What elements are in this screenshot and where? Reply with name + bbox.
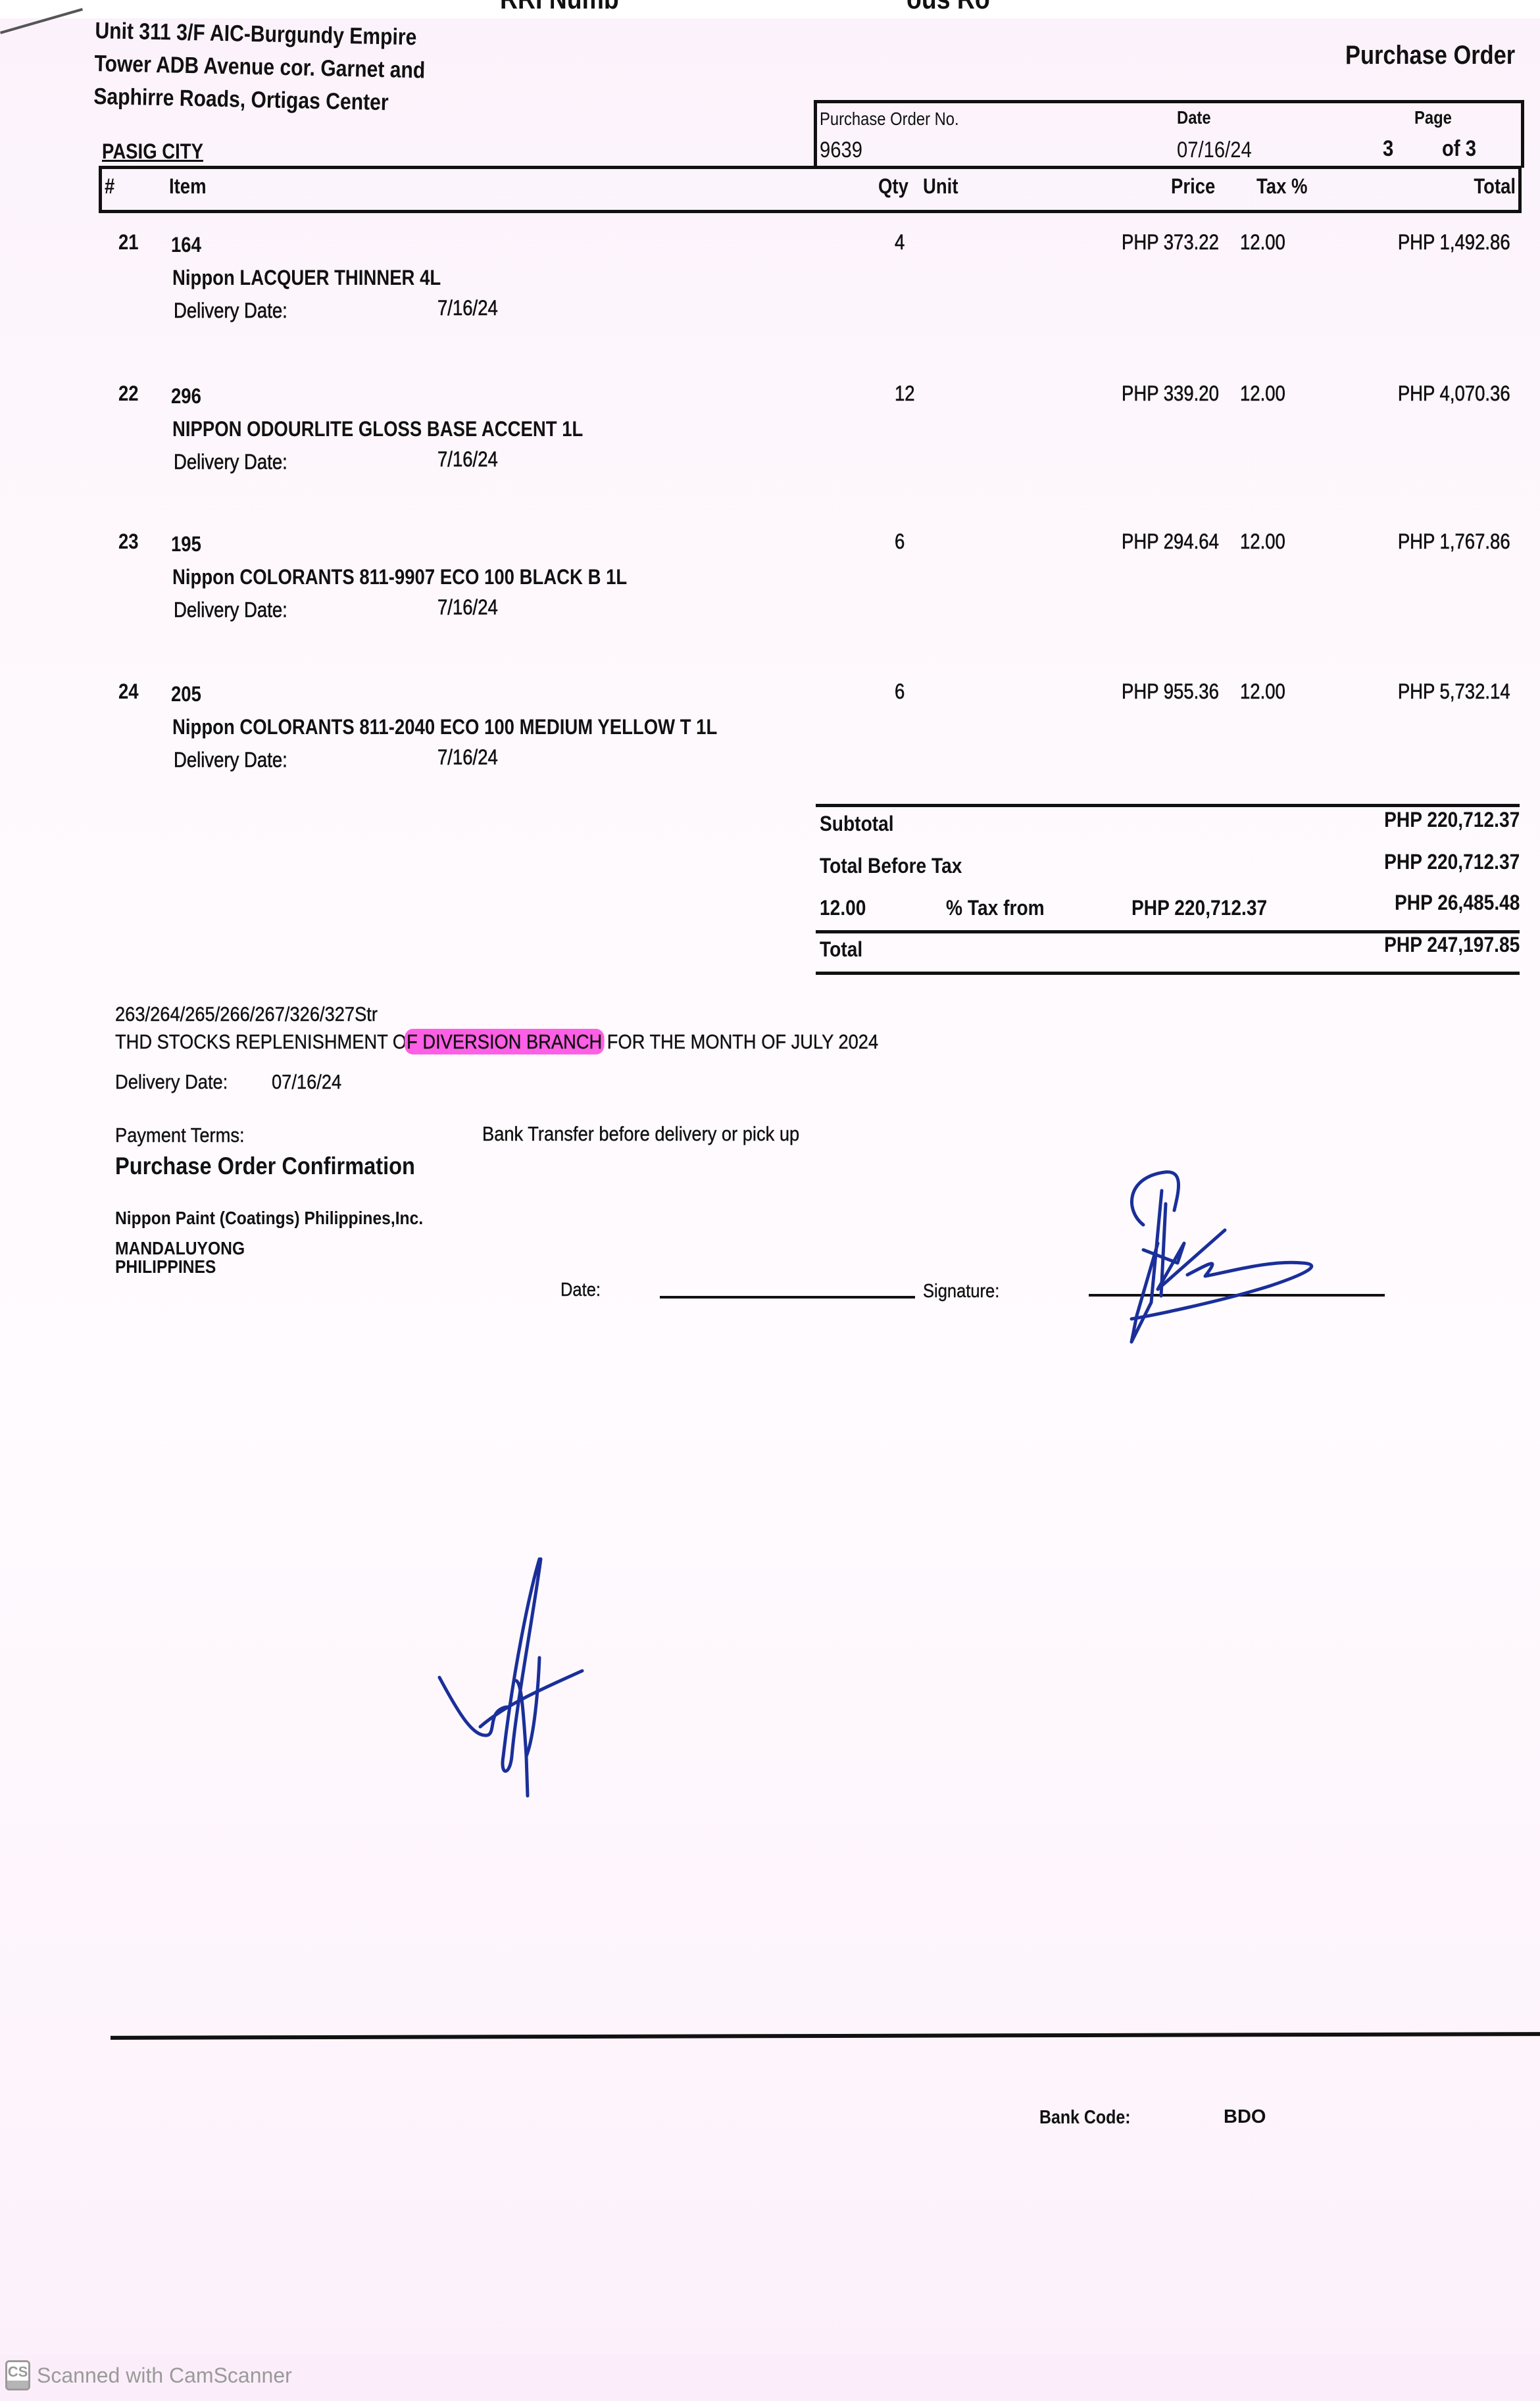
document-title: Purchase Order <box>1345 41 1515 70</box>
memo-line: THD STOCKS REPLENISHMENT OF DIVERSION BR… <box>115 1030 878 1054</box>
item-number: 24 <box>118 680 139 704</box>
item-tax: 12.00 <box>1240 382 1285 406</box>
vendor-name: Nippon Paint (Coatings) Philippines,Inc. <box>115 1208 423 1229</box>
scanned-page: RRI Numb ous Ro Unit 311 3/F AIC-Burgund… <box>0 0 1540 2355</box>
tax-from-label: % Tax from <box>946 896 1045 920</box>
before-tax-label: Total Before Tax <box>820 854 962 878</box>
subtotal-label: Subtotal <box>820 812 894 836</box>
remarks-delivery-label: Delivery Date: <box>115 1070 228 1094</box>
line-item-row: 23195Nippon COLORANTS 811-9907 ECO 100 B… <box>0 530 1540 661</box>
item-number: 22 <box>118 382 139 406</box>
col-item: Item <box>169 174 207 199</box>
ghost-text <box>141 845 146 868</box>
signature-ink <box>1131 1172 1312 1342</box>
po-header-box: Purchase Order No. 9639 Date 07/16/24 Pa… <box>814 100 1524 168</box>
item-total: PHP 5,732.14 <box>1398 680 1510 704</box>
item-code: 205 <box>171 682 201 706</box>
totals-top-rule <box>816 804 1520 807</box>
signoff-date-label: Date: <box>560 1279 601 1301</box>
payment-terms-value: Bank Transfer before delivery or pick up <box>482 1122 799 1146</box>
item-total: PHP 1,767.86 <box>1398 530 1510 554</box>
item-code: 164 <box>171 233 201 257</box>
item-delivery-label: Delivery Date: <box>174 299 287 323</box>
item-total: PHP 1,492.86 <box>1398 230 1510 255</box>
item-delivery-label: Delivery Date: <box>174 598 287 622</box>
item-description: Nippon LACQUER THINNER 4L <box>172 266 441 290</box>
item-tax: 12.00 <box>1240 230 1285 255</box>
item-price: PHP 339.20 <box>1122 382 1219 406</box>
address-line-3: Saphirre Roads, Ortigas Center <box>93 80 425 120</box>
item-qty: 4 <box>895 230 905 255</box>
tax-amount: PHP 26,485.48 <box>1395 891 1520 915</box>
item-price: PHP 373.22 <box>1122 230 1219 255</box>
footer-rule <box>111 2032 1540 2040</box>
memo-prefix: THD STOCKS REPLENISHMENT O <box>115 1030 407 1053</box>
cutoff-text-left: RRI Numb <box>500 0 619 16</box>
page-total: of 3 <box>1442 136 1476 162</box>
page-label: Page <box>1414 107 1452 128</box>
item-qty: 6 <box>895 530 905 554</box>
buyer-address: Unit 311 3/F AIC-Burgundy Empire Tower A… <box>93 14 426 120</box>
item-tax: 12.00 <box>1240 680 1285 704</box>
item-number: 23 <box>118 530 139 554</box>
date-label: Date <box>1177 107 1211 128</box>
item-delivery-date: 7/16/24 <box>437 447 498 472</box>
confirmation-title: Purchase Order Confirmation <box>115 1152 415 1180</box>
item-description: Nippon COLORANTS 811-2040 ECO 100 MEDIUM… <box>172 715 717 739</box>
item-tax: 12.00 <box>1240 530 1285 554</box>
vendor-location: MANDALUYONG PHILIPPINES <box>115 1239 245 1276</box>
camscanner-logo-icon: CS <box>5 2360 30 2390</box>
totals-block: Subtotal PHP 220,712.37 Total Before Tax… <box>816 804 1520 975</box>
payment-terms-label: Payment Terms: <box>115 1124 245 1147</box>
item-price: PHP 955.36 <box>1122 680 1219 704</box>
table-header: # Item Qty Unit Price Tax % Total <box>99 166 1522 213</box>
line-item-row: 24205Nippon COLORANTS 811-2040 ECO 100 M… <box>0 680 1540 811</box>
vendor-city: MANDALUYONG <box>115 1239 245 1258</box>
totals-bottom-rule <box>816 972 1520 975</box>
line-item-row: 22296NIPPON ODOURLITE GLOSS BASE ACCENT … <box>0 382 1540 513</box>
item-qty: 12 <box>895 382 915 406</box>
item-total: PHP 4,070.36 <box>1398 382 1510 406</box>
buyer-city: PASIG CITY <box>102 139 203 164</box>
item-code: 195 <box>171 532 201 557</box>
vendor-country: PHILIPPINES <box>115 1258 245 1276</box>
po-number-label: Purchase Order No. <box>820 109 959 130</box>
item-code: 296 <box>171 384 201 408</box>
item-delivery-date: 7/16/24 <box>437 296 498 320</box>
item-description: NIPPON ODOURLITE GLOSS BASE ACCENT 1L <box>172 417 583 441</box>
item-price: PHP 294.64 <box>1122 530 1219 554</box>
bank-code-value: BDO <box>1224 2106 1266 2128</box>
line-item-row: 21164Nippon LACQUER THINNER 4LDelivery D… <box>0 230 1540 362</box>
store-codes: 263/264/265/266/267/326/327Str <box>115 1002 378 1026</box>
camscanner-watermark: CS Scanned with CamScanner <box>5 2360 292 2390</box>
item-delivery-date: 7/16/24 <box>437 745 498 770</box>
col-tax: Tax % <box>1256 174 1307 199</box>
item-qty: 6 <box>895 680 905 704</box>
subtotal-value: PHP 220,712.37 <box>1384 808 1520 832</box>
tax-base: PHP 220,712.37 <box>1131 896 1267 920</box>
grand-total-value: PHP 247,197.85 <box>1384 933 1520 957</box>
bank-code-label: Bank Code: <box>1039 2107 1131 2129</box>
col-price: Price <box>1171 174 1215 199</box>
item-delivery-date: 7/16/24 <box>437 595 498 620</box>
memo-highlighted-text: F DIVERSION BRANCH <box>405 1029 605 1054</box>
signature-label: Signature: <box>923 1281 999 1302</box>
col-unit: Unit <box>923 174 958 199</box>
item-delivery-label: Delivery Date: <box>174 748 287 772</box>
signature-ink <box>439 1559 582 1796</box>
memo-suffix: FOR THE MONTH OF JULY 2024 <box>602 1030 878 1053</box>
item-number: 21 <box>118 230 139 255</box>
item-description: Nippon COLORANTS 811-9907 ECO 100 BLACK … <box>172 565 627 589</box>
po-number: 9639 <box>820 137 862 163</box>
signature-mark-1 <box>1053 1164 1421 1362</box>
col-total: Total <box>1474 174 1516 199</box>
scan-top-edge <box>0 0 1540 18</box>
col-number: # <box>105 174 114 199</box>
camscanner-text: Scanned with CamScanner <box>37 2364 292 2388</box>
signature-mark-2 <box>434 1539 599 1816</box>
grand-total-label: Total <box>820 937 862 962</box>
cutoff-text-right: ous Ro <box>907 0 990 16</box>
signoff-date-line <box>660 1296 915 1299</box>
remarks-delivery-date: 07/16/24 <box>272 1070 341 1094</box>
po-date: 07/16/24 <box>1177 137 1252 163</box>
col-qty: Qty <box>878 174 908 199</box>
page-current: 3 <box>1383 136 1393 162</box>
before-tax-value: PHP 220,712.37 <box>1384 850 1520 874</box>
tax-rate: 12.00 <box>820 896 866 920</box>
item-delivery-label: Delivery Date: <box>174 450 287 474</box>
